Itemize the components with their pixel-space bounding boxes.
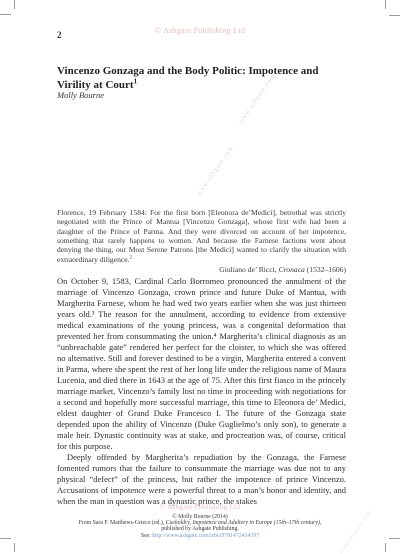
body-paragraph-2: Deeply offended by Margherita’s repudiat… — [57, 452, 346, 507]
publisher-watermark-bottom: © Ashgate Publishing Ltd — [0, 503, 400, 511]
author-name: Molly Bourne — [57, 90, 349, 100]
footer-link-line: See: http://www.ashgate.com/isbn/9781472… — [75, 533, 325, 539]
body-paragraph-1: On October 9, 1583, Cardinal Carlo Borro… — [57, 276, 346, 452]
footer-source: From Sara F. Matthews-Grieco (ed.), Cuck… — [75, 520, 325, 532]
chapter-title-text: Vincenzo Gonzaga and the Body Politic: I… — [57, 65, 318, 91]
footer-source-prefix: From Sara F. Matthews-Grieco (ed.), — [79, 520, 166, 526]
epigraph-text: Florence, 19 February 1584: For the firs… — [57, 208, 346, 264]
book-page: © Ashgate Publishing Ltd www.ashgate.com… — [0, 0, 400, 554]
title-footnote-marker: 1 — [134, 78, 138, 86]
crop-mark-top-right-v — [385, 0, 386, 9]
isbn-link[interactable]: http://www.ashgate.com/isbn/978147241439… — [152, 533, 259, 539]
crop-mark-top-left-v — [14, 0, 15, 9]
epigraph-attribution: Giuliano de’ Ricci, Cronaca (1532–1606) — [57, 265, 346, 274]
body-text: On October 9, 1583, Cardinal Carlo Borro… — [57, 276, 346, 507]
epigraph-footnote-marker: 2 — [130, 255, 133, 260]
crop-mark-top-left-h — [0, 14, 11, 15]
crop-mark-bottom-left-v — [14, 543, 15, 552]
attribution-dates: (1532–1606) — [305, 265, 346, 274]
crop-mark-top-right-h — [389, 15, 400, 16]
attribution-work-title: Cronaca — [279, 265, 305, 274]
epigraph-blockquote: Florence, 19 February 1584: For the firs… — [57, 208, 346, 274]
page-footer: © Ashgate Publishing Ltd © Molly Bourne … — [0, 503, 400, 539]
page-number: 2 — [57, 30, 62, 40]
footer-book-title: Cuckoldry, Impotence and Adultery in Eur… — [166, 520, 320, 526]
attribution-author: Giuliano de’ Ricci, — [219, 265, 278, 274]
diagonal-url-watermark: www.ashgate.com — [196, 145, 235, 197]
footer-link-label: See: — [141, 533, 152, 539]
crop-mark-bottom-right-v — [385, 543, 386, 552]
chapter-title: Vincenzo Gonzaga and the Body Politic: I… — [57, 64, 349, 92]
